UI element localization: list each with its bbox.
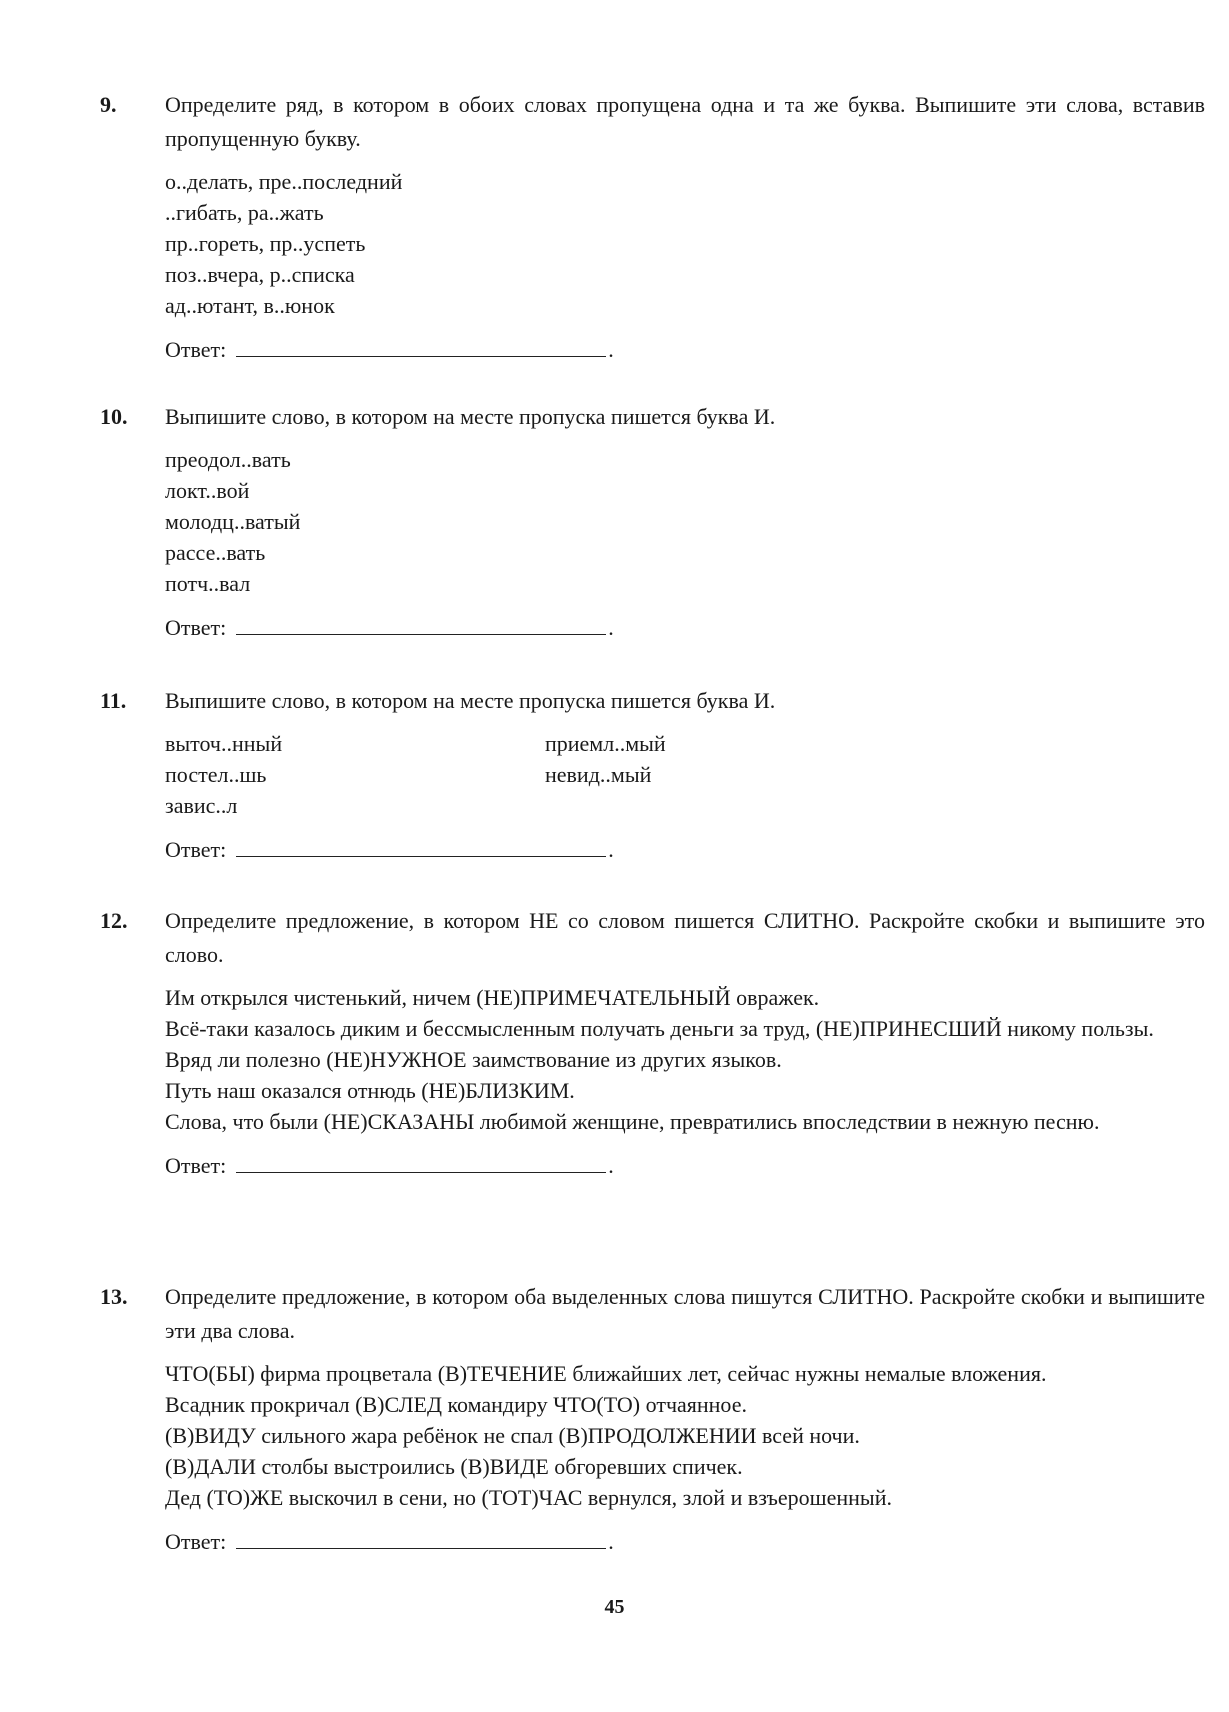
task-13: 13. Определите предложение, в котором об… [100,1280,1205,1559]
option-list: о..делать, пре..последний ..гибать, ра..… [165,166,1205,321]
sentence: ЧТО(БЫ) фирма процветала (В)ТЕЧЕНИЕ ближ… [165,1358,1205,1389]
answer-dot: . [608,1525,614,1559]
answer-field[interactable] [236,836,606,857]
sentence-list: Им открылся чистенький, ничем (НЕ)ПРИМЕЧ… [165,982,1205,1137]
sentence: Дед (ТО)ЖЕ выскочил в сени, но (ТОТ)ЧАС … [165,1482,1205,1513]
option: постел..шь [165,759,545,790]
task-prompt: Определите предложение, в котором НЕ со … [165,904,1205,972]
option: преодол..вать [165,444,1205,475]
option: пр..гореть, пр..успеть [165,228,1205,259]
answer-label: Ответ: [165,333,226,367]
sentence: (В)ВИДУ сильного жара ребёнок не спал (В… [165,1420,1205,1451]
option-grid: выточ..нный постел..шь завис..л приемл..… [165,728,1205,821]
task-12: 12. Определите предложение, в котором НЕ… [100,904,1205,1183]
option: приемл..мый [545,728,925,759]
sentence: Слова, что были (НЕ)СКАЗАНЫ любимой женщ… [165,1106,1205,1137]
task-prompt: Выпишите слово, в котором на месте пропу… [165,684,1205,718]
option: выточ..нный [165,728,545,759]
task-number: 10. [100,400,128,434]
option: невид..мый [545,759,925,790]
sentence: Всё-таки казалось диким и бессмысленным … [165,1013,1205,1044]
task-body: Выпишите слово, в котором на месте пропу… [165,400,1205,645]
task-body: Определите предложение, в котором оба вы… [165,1280,1205,1559]
answer-row: Ответ: . [165,1149,1205,1183]
answer-dot: . [608,833,614,867]
answer-dot: . [608,1149,614,1183]
sentence-list: ЧТО(БЫ) фирма процветала (В)ТЕЧЕНИЕ ближ… [165,1358,1205,1513]
task-body: Выпишите слово, в котором на месте пропу… [165,684,1205,867]
answer-field[interactable] [236,1152,606,1173]
page-number: 45 [0,1596,1229,1619]
option: ад..ютант, в..юнок [165,290,1205,321]
document-page: 9. Определите ряд, в котором в обоих сло… [0,0,1229,1712]
task-number: 12. [100,904,128,938]
task-body: Определите предложение, в котором НЕ со … [165,904,1205,1183]
sentence: Путь наш оказался отнюдь (НЕ)БЛИЗКИМ. [165,1075,1205,1106]
option: о..делать, пре..последний [165,166,1205,197]
task-number: 11. [100,684,126,718]
task-11: 11. Выпишите слово, в котором на месте п… [100,684,1205,867]
answer-row: Ответ: . [165,611,1205,645]
answer-row: Ответ: . [165,333,1205,367]
answer-dot: . [608,611,614,645]
task-number: 13. [100,1280,128,1314]
answer-field[interactable] [236,336,606,357]
option-column-left: выточ..нный постел..шь завис..л [165,728,545,821]
sentence: Вряд ли полезно (НЕ)НУЖНОЕ заимствование… [165,1044,1205,1075]
sentence: Им открылся чистенький, ничем (НЕ)ПРИМЕЧ… [165,982,1205,1013]
option: потч..вал [165,568,1205,599]
answer-field[interactable] [236,614,606,635]
task-number: 9. [100,88,117,122]
option: поз..вчера, р..списка [165,259,1205,290]
answer-label: Ответ: [165,1149,226,1183]
answer-label: Ответ: [165,611,226,645]
answer-label: Ответ: [165,1525,226,1559]
option-column-right: приемл..мый невид..мый [545,728,925,821]
sentence: Всадник прокричал (В)СЛЕД командиру ЧТО(… [165,1389,1205,1420]
answer-field[interactable] [236,1528,606,1549]
option: молодц..ватый [165,506,1205,537]
task-10: 10. Выпишите слово, в котором на месте п… [100,400,1205,645]
option: ..гибать, ра..жать [165,197,1205,228]
option-list: преодол..вать локт..вой молодц..ватый ра… [165,444,1205,599]
answer-row: Ответ: . [165,1525,1205,1559]
task-body: Определите ряд, в котором в обоих словах… [165,88,1205,367]
answer-row: Ответ: . [165,833,1205,867]
task-prompt: Выпишите слово, в котором на месте пропу… [165,400,1205,434]
task-prompt: Определите ряд, в котором в обоих словах… [165,88,1205,156]
option: рассе..вать [165,537,1205,568]
task-prompt: Определите предложение, в котором оба вы… [165,1280,1205,1348]
option: локт..вой [165,475,1205,506]
sentence: (В)ДАЛИ столбы выстроились (В)ВИДЕ обгор… [165,1451,1205,1482]
answer-dot: . [608,333,614,367]
option: завис..л [165,790,545,821]
answer-label: Ответ: [165,833,226,867]
task-9: 9. Определите ряд, в котором в обоих сло… [100,88,1205,367]
